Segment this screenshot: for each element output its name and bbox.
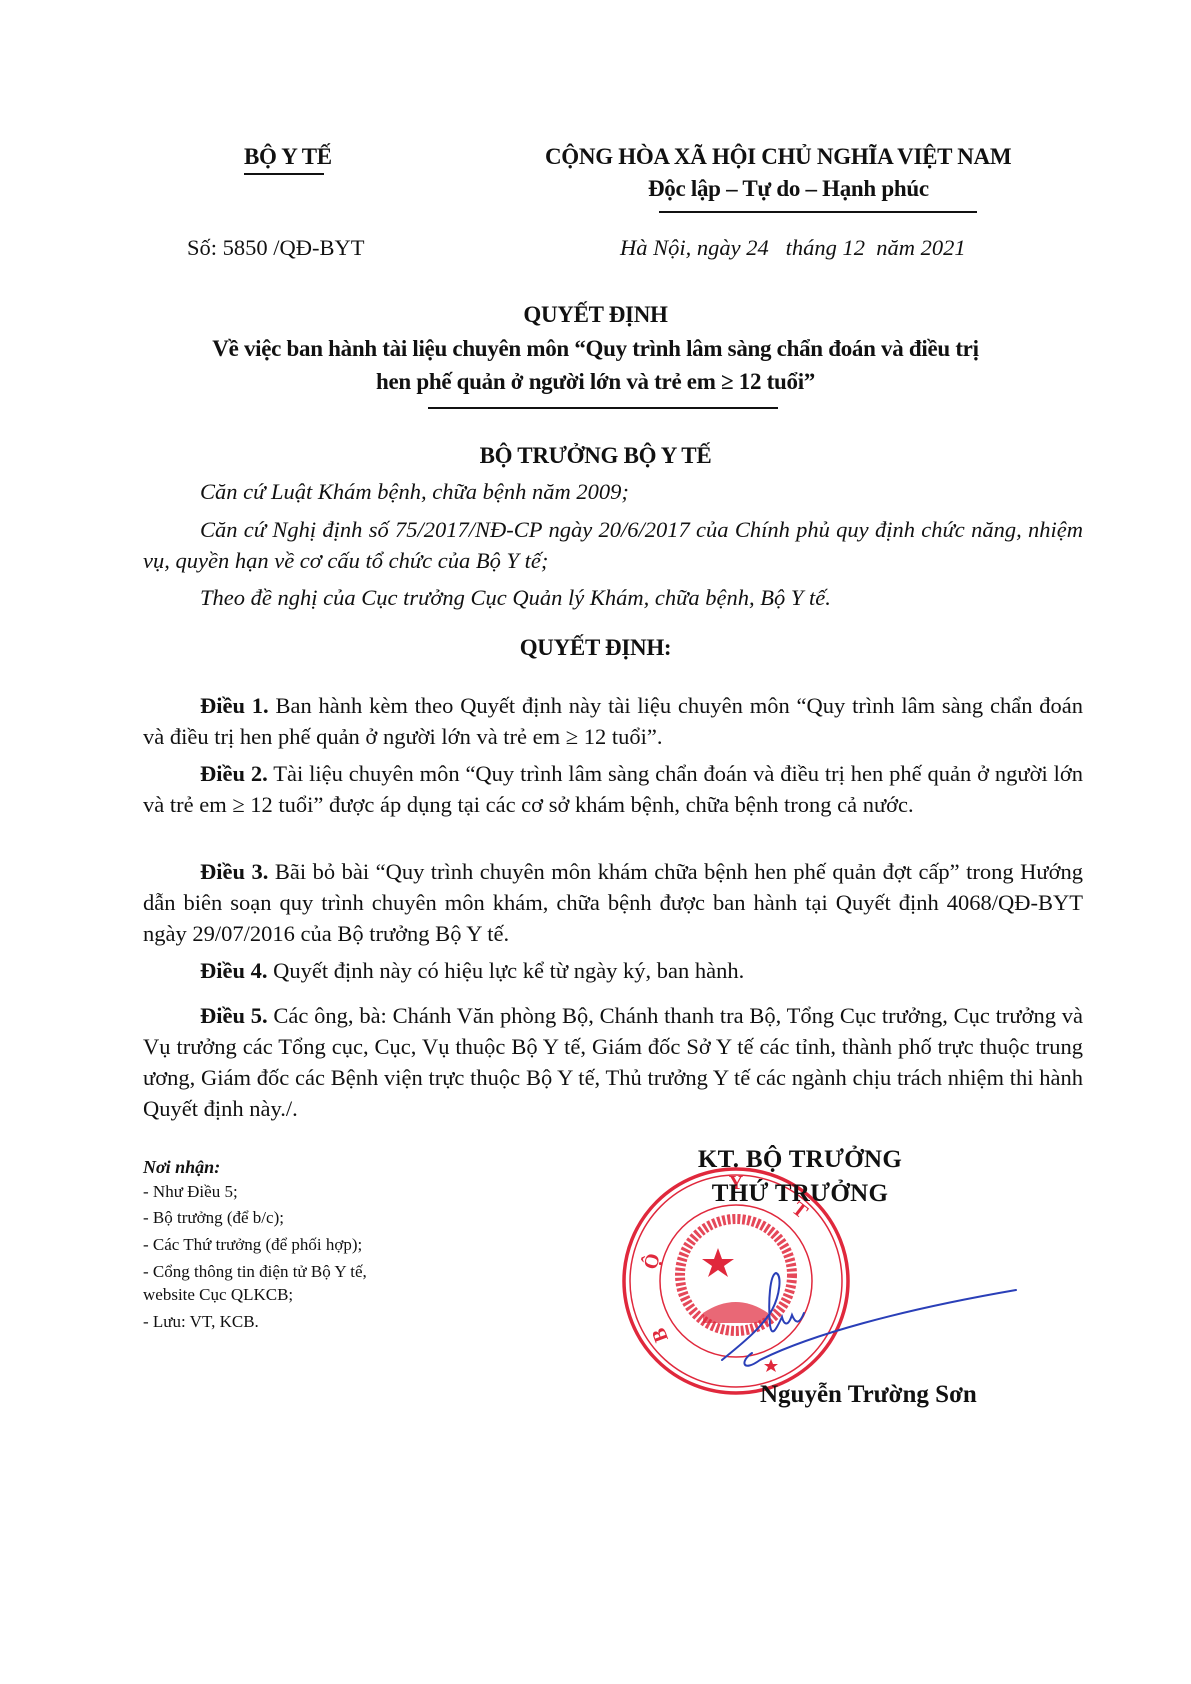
motto-underline xyxy=(659,211,977,213)
article-label: Điều 5. xyxy=(200,1003,268,1028)
handwritten-signature-icon xyxy=(700,1265,1020,1385)
article-3: Điều 3. Bãi bỏ bài “Quy trình chuyên môn… xyxy=(143,856,1083,949)
national-motto: Độc lập – Tự do – Hạnh phúc xyxy=(648,176,929,202)
legal-basis-2: Căn cứ Nghị định số 75/2017/NĐ-CP ngày 2… xyxy=(143,514,1083,576)
ministry-name: BỘ Y TẾ xyxy=(244,144,332,170)
article-label: Điều 4. xyxy=(200,958,268,983)
recipient-item: - Các Thứ trưởng (để phối hợp); xyxy=(143,1233,362,1257)
article-text: Tài liệu chuyên môn “Quy trình lâm sàng … xyxy=(143,761,1083,817)
legal-basis-1: Căn cứ Luật Khám bệnh, chữa bệnh năm 200… xyxy=(143,476,1083,507)
decision-heading: QUYẾT ĐỊNH: xyxy=(0,635,1191,661)
decision-subject-line2: hen phế quản ở người lớn và trẻ em ≥ 12 … xyxy=(0,369,1191,395)
recipients-heading: Nơi nhận: xyxy=(143,1155,220,1179)
article-5: Điều 5. Các ông, bà: Chánh Văn phòng Bộ,… xyxy=(143,1000,1083,1124)
recipient-item: - Cổng thông tin điện tử Bộ Y tế, xyxy=(143,1260,367,1284)
place-date: Hà Nội, ngày 24 tháng 12 năm 2021 xyxy=(620,235,966,261)
svg-text:Ộ: Ộ xyxy=(639,1251,665,1272)
recipient-item: - Lưu: VT, KCB. xyxy=(143,1310,259,1334)
recipient-item: website Cục QLKCB; xyxy=(143,1283,293,1307)
document-number: Số: 5850 /QĐ-BYT xyxy=(187,235,365,261)
ministry-underline xyxy=(244,173,324,175)
article-label: Điều 3. xyxy=(200,859,268,884)
article-4: Điều 4. Quyết định này có hiệu lực kể từ… xyxy=(143,955,1083,986)
article-1: Điều 1. Ban hành kèm theo Quyết định này… xyxy=(143,690,1083,752)
recipient-item: - Bộ trưởng (để b/c); xyxy=(143,1206,284,1230)
signatory-name: Nguyễn Trường Sơn xyxy=(760,1381,977,1409)
article-2: Điều 2. Tài liệu chuyên môn “Quy trình l… xyxy=(143,758,1083,820)
country-name: CỘNG HÒA XÃ HỘI CHỦ NGHĨA VIỆT NAM xyxy=(545,144,1011,170)
authority-heading: BỘ TRƯỞNG BỘ Y TẾ xyxy=(0,443,1191,469)
title-underline xyxy=(428,407,778,409)
article-label: Điều 1. xyxy=(200,693,269,718)
decision-subject-line1: Về việc ban hành tài liệu chuyên môn “Qu… xyxy=(0,336,1191,362)
signatory-title-2: THỨ TRƯỞNG xyxy=(525,1180,1075,1208)
legal-basis-3: Theo đề nghị của Cục trưởng Cục Quản lý … xyxy=(143,582,1083,613)
article-label: Điều 2. xyxy=(200,761,268,786)
article-text: Các ông, bà: Chánh Văn phòng Bộ, Chánh t… xyxy=(143,1003,1083,1121)
svg-text:B: B xyxy=(648,1325,673,1345)
signatory-title-1: KT. BỘ TRƯỞNG xyxy=(525,1146,1075,1174)
article-text: Bãi bỏ bài “Quy trình chuyên môn khám ch… xyxy=(143,859,1083,946)
recipient-item: - Như Điều 5; xyxy=(143,1180,238,1204)
article-text: Ban hành kèm theo Quyết định này tài liệ… xyxy=(143,693,1083,749)
article-text: Quyết định này có hiệu lực kể từ ngày ký… xyxy=(268,958,745,983)
decision-title: QUYẾT ĐỊNH xyxy=(0,302,1191,328)
